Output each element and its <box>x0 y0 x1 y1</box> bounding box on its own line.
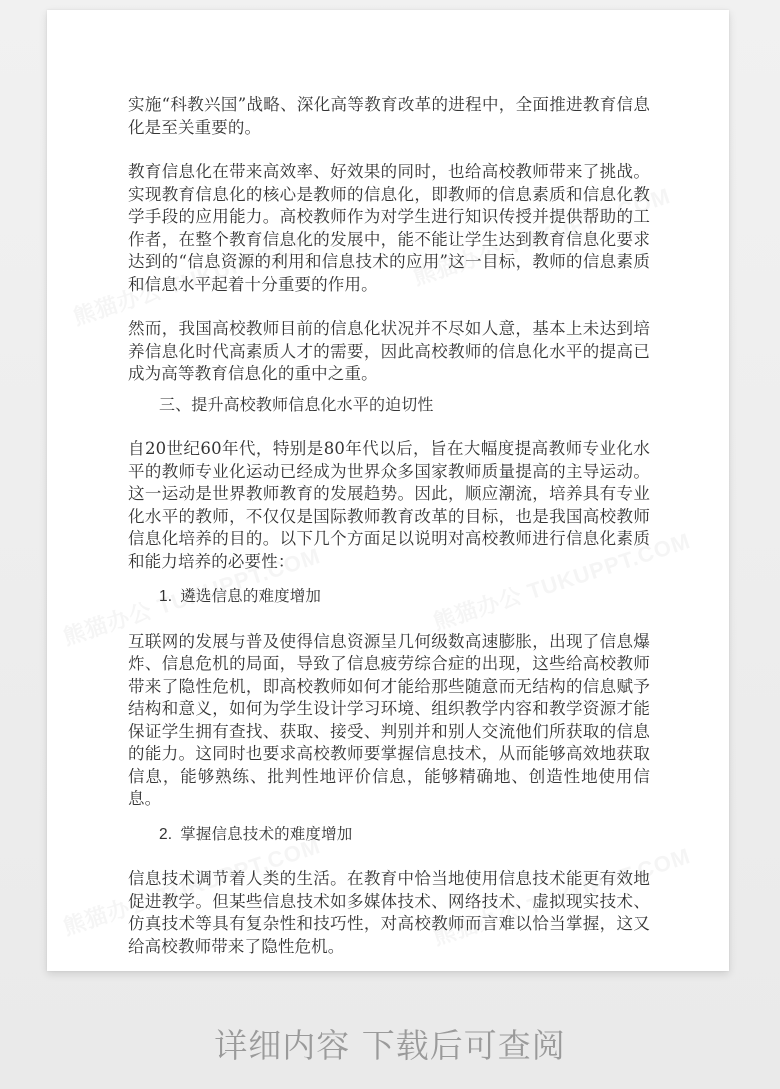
spacer <box>128 609 650 631</box>
spacer <box>128 811 650 823</box>
list-heading-2: 2.掌握信息技术的难度增加 <box>128 823 650 847</box>
document-body: 实施“科教兴国”战略、深化高等教育改革的进程中，全面推进教育信息化是至关重要的。… <box>128 94 650 958</box>
spacer <box>128 296 650 318</box>
spacer <box>128 139 650 161</box>
spacer <box>128 846 650 868</box>
paragraph-4: 自20世纪60年代，特别是80年代以后，旨在大幅度提高教师专业化水平的教师专业化… <box>128 438 650 573</box>
list-heading-1: 1.遴选信息的难度增加 <box>128 585 650 609</box>
preview-stage: 熊猫办公 TUKUPPT.COM 熊猫办公 TUKUPPT.COM 熊猫办公 T… <box>0 0 780 1089</box>
list-label: 遴选信息的难度增加 <box>180 587 321 605</box>
paragraph-2: 教育信息化在带来高效率、好效果的同时，也给高校教师带来了挑战。实现教育信息化的核… <box>128 161 650 296</box>
section-heading: 三、提升高校教师信息化水平的迫切性 <box>128 394 650 417</box>
paragraph-5: 互联网的发展与普及使得信息资源呈几何级数高速膨胀，出现了信息爆炸、信息危机的局面… <box>128 631 650 811</box>
spacer <box>128 416 650 438</box>
spacer <box>128 573 650 585</box>
list-number: 2. <box>159 826 172 843</box>
list-label: 掌握信息技术的难度增加 <box>180 825 352 843</box>
paragraph-3: 然而，我国高校教师目前的信息化状况并不尽如人意，基本上未达到培养信息化时代高素质… <box>128 318 650 386</box>
download-caption: 详细内容 下载后可查阅 <box>0 1020 780 1067</box>
paragraph-6: 信息技术调节着人类的生活。在教育中恰当地使用信息技术能更有效地促进教学。但某些信… <box>128 868 650 958</box>
list-number: 1. <box>159 588 172 605</box>
spacer <box>128 386 650 394</box>
paragraph-1: 实施“科教兴国”战略、深化高等教育改革的进程中，全面推进教育信息化是至关重要的。 <box>128 94 650 139</box>
document-page[interactable]: 熊猫办公 TUKUPPT.COM 熊猫办公 TUKUPPT.COM 熊猫办公 T… <box>47 10 729 971</box>
